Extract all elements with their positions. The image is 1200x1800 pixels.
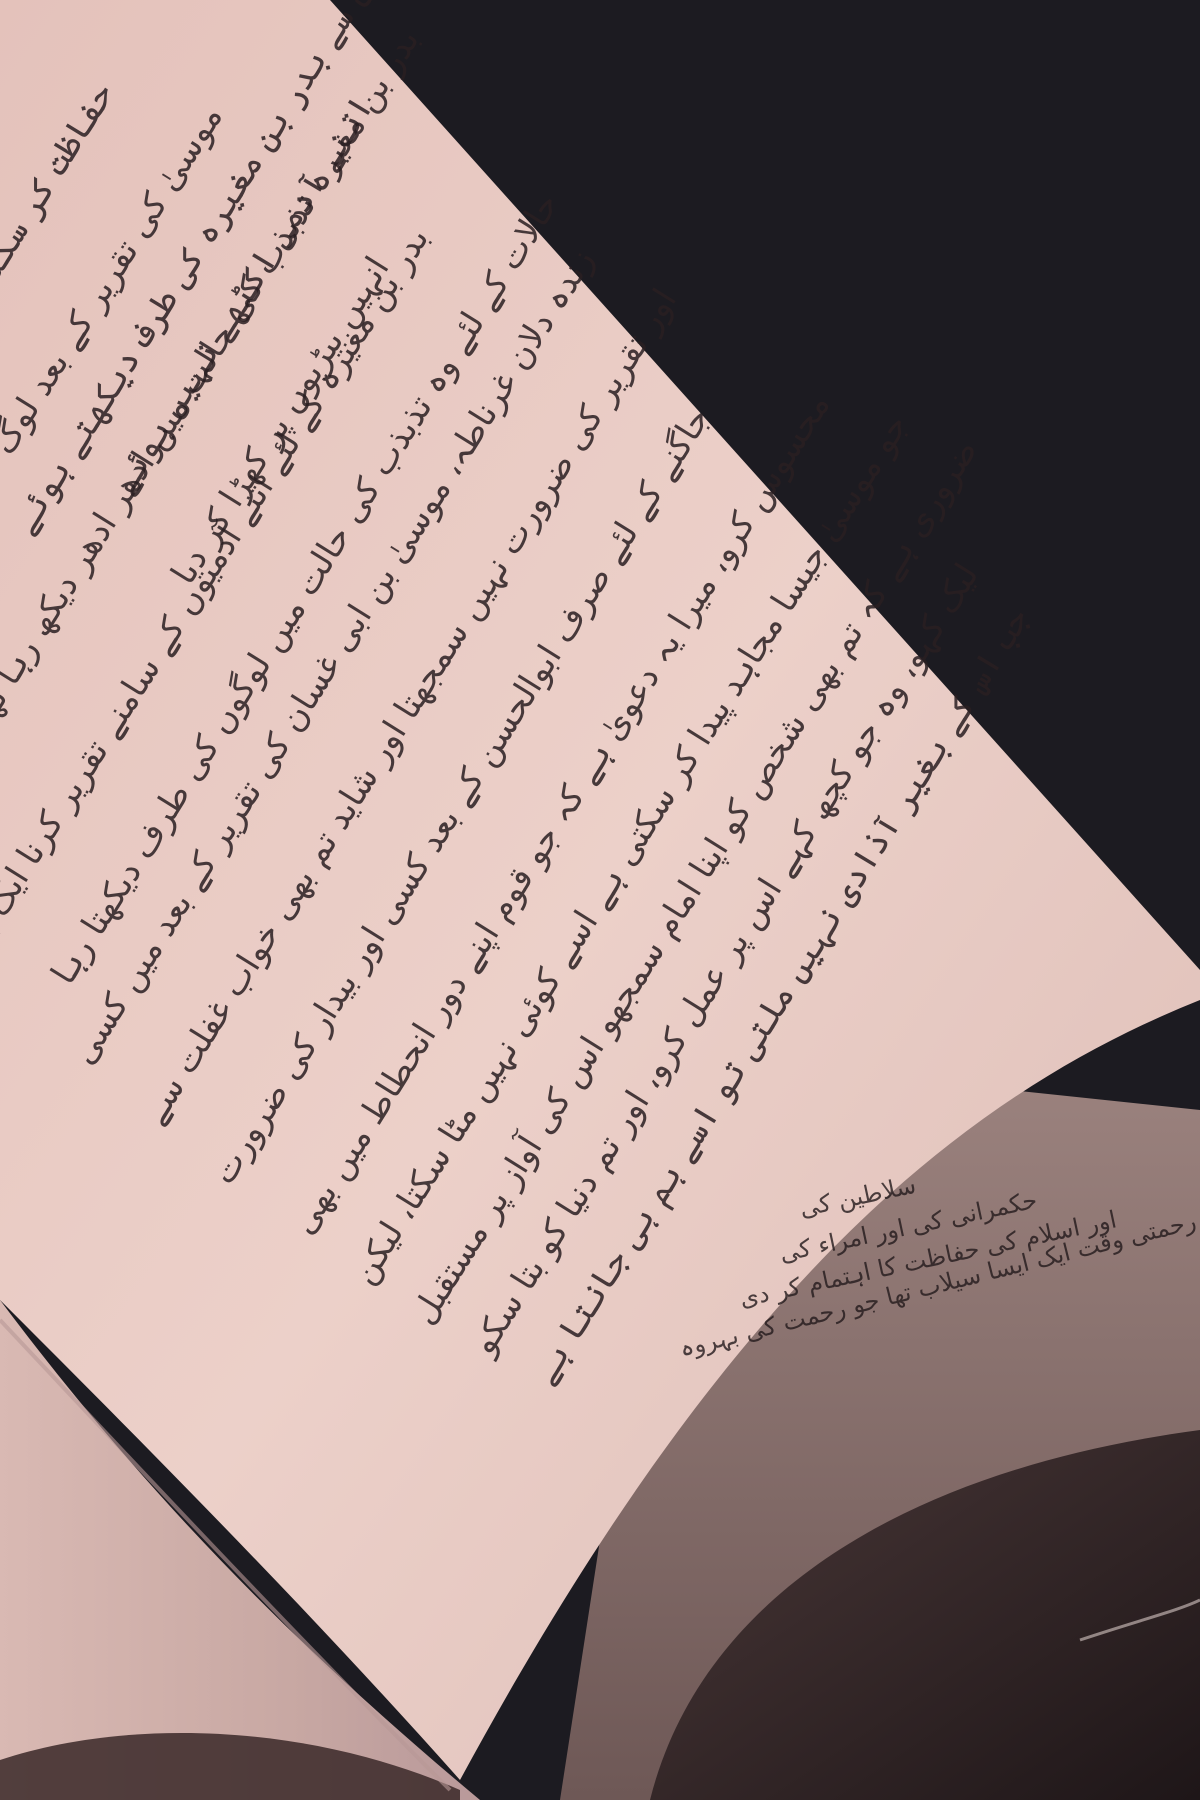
book-photo: حفاظت کر سکتی ہیں موسیٰ کی تقریر کے بعد … bbox=[0, 0, 1200, 1800]
